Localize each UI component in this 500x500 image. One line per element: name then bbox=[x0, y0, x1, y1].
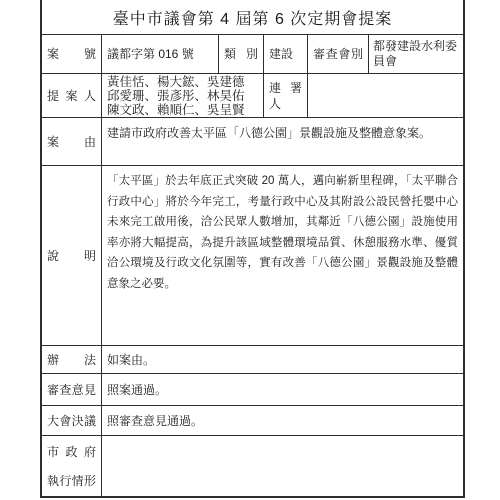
resolution-label: 大會決議 bbox=[47, 413, 96, 429]
subject-value: 建請市政府改善太平區「八德公園」景觀設施及整體意象案。 bbox=[102, 118, 463, 165]
explanation-label-cell: 說明 bbox=[42, 166, 102, 345]
proposer-line: 黃佳恬、楊大鋐、吳建德 bbox=[107, 75, 258, 89]
method-value: 如案由。 bbox=[102, 346, 463, 373]
category-label-cell: 類別 bbox=[219, 35, 264, 73]
review-committee-label-cell: 審查會別 bbox=[308, 35, 369, 73]
cosigners-label: 連署人 bbox=[269, 80, 302, 112]
case-number-label-cell: 案號 bbox=[42, 35, 102, 73]
subject-label: 案由 bbox=[47, 134, 96, 150]
document-page: 臺中市議會第 4 屆第 6 次定期會提案 案號 議都字第 016 號 類別 建設… bbox=[0, 0, 500, 500]
proposers-label-cell: 提案人 bbox=[42, 74, 102, 117]
title-row: 臺中市議會第 4 屆第 6 次定期會提案 bbox=[42, 0, 463, 34]
resolution-row: 大會決議 照審查意見通過。 bbox=[42, 405, 463, 435]
explanation-row: 說明 「太平區」於去年底正式突破 20 萬人，邁向嶄新里程碑，「太平聯合行政中心… bbox=[42, 165, 463, 345]
execution-label-cell: 市政府 執行情形 bbox=[42, 436, 102, 496]
proposers-names: 黃佳恬、楊大鋐、吳建德 邱愛珊、張彥彤、林昊佑 陳文政、賴順仁、吳呈賢 bbox=[102, 74, 264, 117]
resolution-label-cell: 大會決議 bbox=[42, 406, 102, 435]
case-number-label: 案號 bbox=[47, 46, 96, 62]
resolution-value: 照審查意見通過。 bbox=[102, 406, 463, 435]
review-opinion-label-cell: 審查意見 bbox=[42, 374, 102, 405]
explanation-value: 「太平區」於去年底正式突破 20 萬人，邁向嶄新里程碑，「太平聯合行政中心」將於… bbox=[102, 166, 463, 345]
cosigners-value bbox=[308, 74, 463, 117]
document-title: 臺中市議會第 4 屆第 6 次定期會提案 bbox=[113, 6, 393, 29]
review-opinion-value: 照案通過。 bbox=[102, 374, 463, 405]
subject-row: 案由 建請市政府改善太平區「八德公園」景觀設施及整體意象案。 bbox=[42, 117, 463, 165]
execution-value bbox=[102, 436, 463, 496]
proposal-form: 臺中市議會第 4 屆第 6 次定期會提案 案號 議都字第 016 號 類別 建設… bbox=[40, 0, 465, 498]
review-opinion-label: 審查意見 bbox=[47, 382, 96, 398]
method-label: 辦法 bbox=[47, 352, 96, 368]
execution-label-line2: 執行情形 bbox=[47, 473, 96, 489]
category-value: 建設 bbox=[264, 35, 308, 73]
execution-label-line1: 市政府 bbox=[47, 444, 96, 460]
subject-label-cell: 案由 bbox=[42, 118, 102, 165]
review-opinion-row: 審查意見 照案通過。 bbox=[42, 373, 463, 405]
cosigners-label-cell: 連署人 bbox=[264, 74, 308, 117]
review-committee-label: 審查會別 bbox=[313, 46, 363, 62]
case-header-row: 案號 議都字第 016 號 類別 建設 審查會別 都發建設水利委員會 bbox=[42, 34, 463, 73]
proposer-line: 陳文政、賴順仁、吳呈賢 bbox=[107, 103, 258, 117]
proposer-line: 邱愛珊、張彥彤、林昊佑 bbox=[107, 89, 258, 103]
explanation-label: 說明 bbox=[47, 248, 96, 264]
proposers-row: 提案人 黃佳恬、楊大鋐、吳建德 邱愛珊、張彥彤、林昊佑 陳文政、賴順仁、吳呈賢 … bbox=[42, 73, 463, 117]
category-label: 類別 bbox=[224, 46, 258, 62]
review-committee-value: 都發建設水利委員會 bbox=[369, 35, 463, 73]
execution-row: 市政府 執行情形 bbox=[42, 435, 463, 496]
case-number-value: 議都字第 016 號 bbox=[102, 35, 219, 73]
proposers-label: 提案人 bbox=[47, 88, 96, 104]
method-row: 辦法 如案由。 bbox=[42, 345, 463, 373]
method-label-cell: 辦法 bbox=[42, 346, 102, 373]
